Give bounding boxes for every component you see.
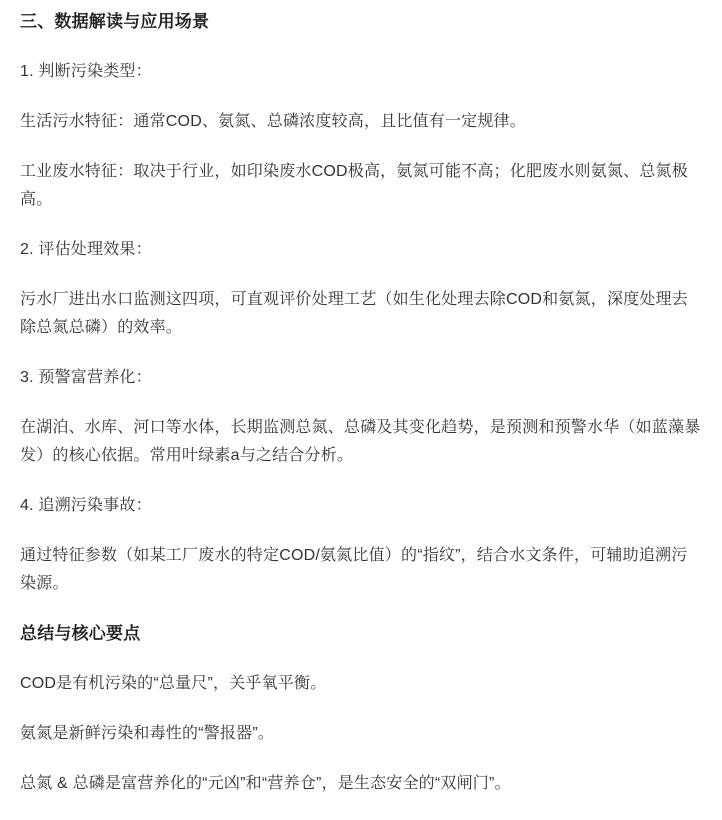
paragraph-domestic-sewage: 生活污水特征：通常COD、氨氮、总磷浓度较高，且比值有一定规律。 [20, 108, 702, 136]
paragraph-item-2-title: 2. 评估处理效果： [20, 236, 702, 264]
section-heading-summary: 总结与核心要点 [20, 620, 702, 648]
paragraph-summary-ammonia: 氨氮是新鲜污染和毒性的“警报器”。 [20, 720, 702, 748]
paragraph-summary-cod: COD是有机污染的“总量尺”，关乎氧平衡。 [20, 670, 702, 698]
paragraph-eutrophication-warning: 在湖泊、水库、河口等水体，长期监测总氮、总磷及其变化趋势，是预测和预警水华（如蓝… [20, 414, 702, 470]
document-page: 三、数据解读与应用场景 1. 判断污染类型： 生活污水特征：通常COD、氨氮、总… [0, 0, 722, 820]
paragraph-item-3-title: 3. 预警富营养化： [20, 364, 702, 392]
section-heading-data-interpretation: 三、数据解读与应用场景 [20, 8, 702, 36]
paragraph-item-4-title: 4. 追溯污染事故： [20, 492, 702, 520]
paragraph-item-1-title: 1. 判断污染类型： [20, 58, 702, 86]
paragraph-industrial-wastewater: 工业废水特征：取决于行业，如印染废水COD极高，氨氮可能不高；化肥废水则氨氮、总… [20, 158, 702, 214]
paragraph-treatment-evaluation: 污水厂进出水口监测这四项，可直观评价处理工艺（如生化处理去除COD和氨氮，深度处… [20, 286, 702, 342]
paragraph-pollution-tracing: 通过特征参数（如某工厂废水的特定COD/氨氮比值）的“指纹”，结合水文条件，可辅… [20, 542, 702, 598]
paragraph-summary-tn-tp: 总氮 & 总磷是富营养化的“元凶”和“营养仓”，是生态安全的“双闸门”。 [20, 770, 702, 798]
